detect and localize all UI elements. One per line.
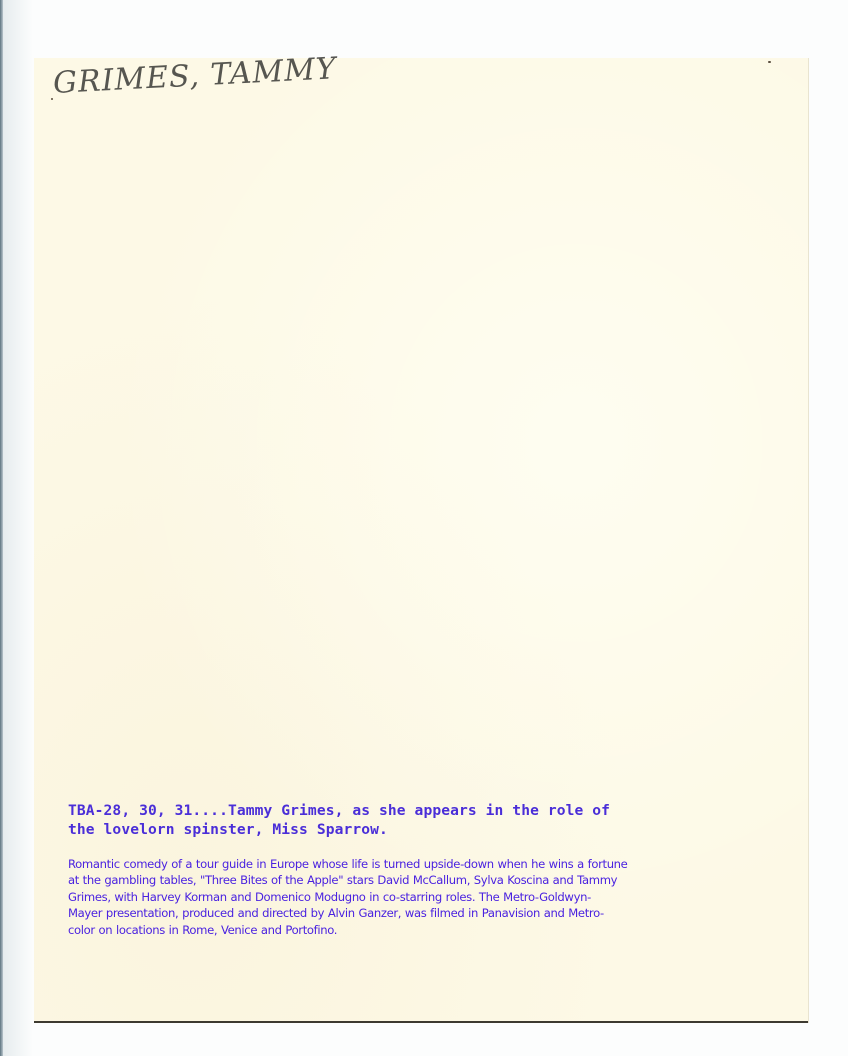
paper-speck — [768, 61, 771, 63]
synopsis-line: at the gambling tables, "Three Bites of … — [68, 872, 758, 888]
synopsis-line: Grimes, with Harvey Korman and Domenico … — [68, 889, 758, 905]
photo-caption: TBA-28, 30, 31....Tammy Grimes, as she a… — [68, 801, 748, 839]
synopsis-line: Mayer presentation, produced and directe… — [68, 905, 758, 921]
caption-line: the lovelorn spinster, Miss Sparrow. — [68, 821, 388, 838]
film-synopsis: Romantic comedy of a tour guide in Europ… — [68, 856, 758, 938]
photo-back-paper: GRIMES, TAMMY TBA-28, 30, 31....Tammy Gr… — [34, 58, 808, 1023]
handwritten-name-note: GRIMES, TAMMY — [52, 51, 337, 101]
paper-speck — [51, 98, 53, 100]
scanner-shadow — [3, 0, 33, 1056]
synopsis-line: Romantic comedy of a tour guide in Europ… — [68, 856, 758, 872]
caption-line: TBA-28, 30, 31....Tammy Grimes, as she a… — [68, 802, 610, 819]
synopsis-line: color on locations in Rome, Venice and P… — [68, 922, 758, 938]
